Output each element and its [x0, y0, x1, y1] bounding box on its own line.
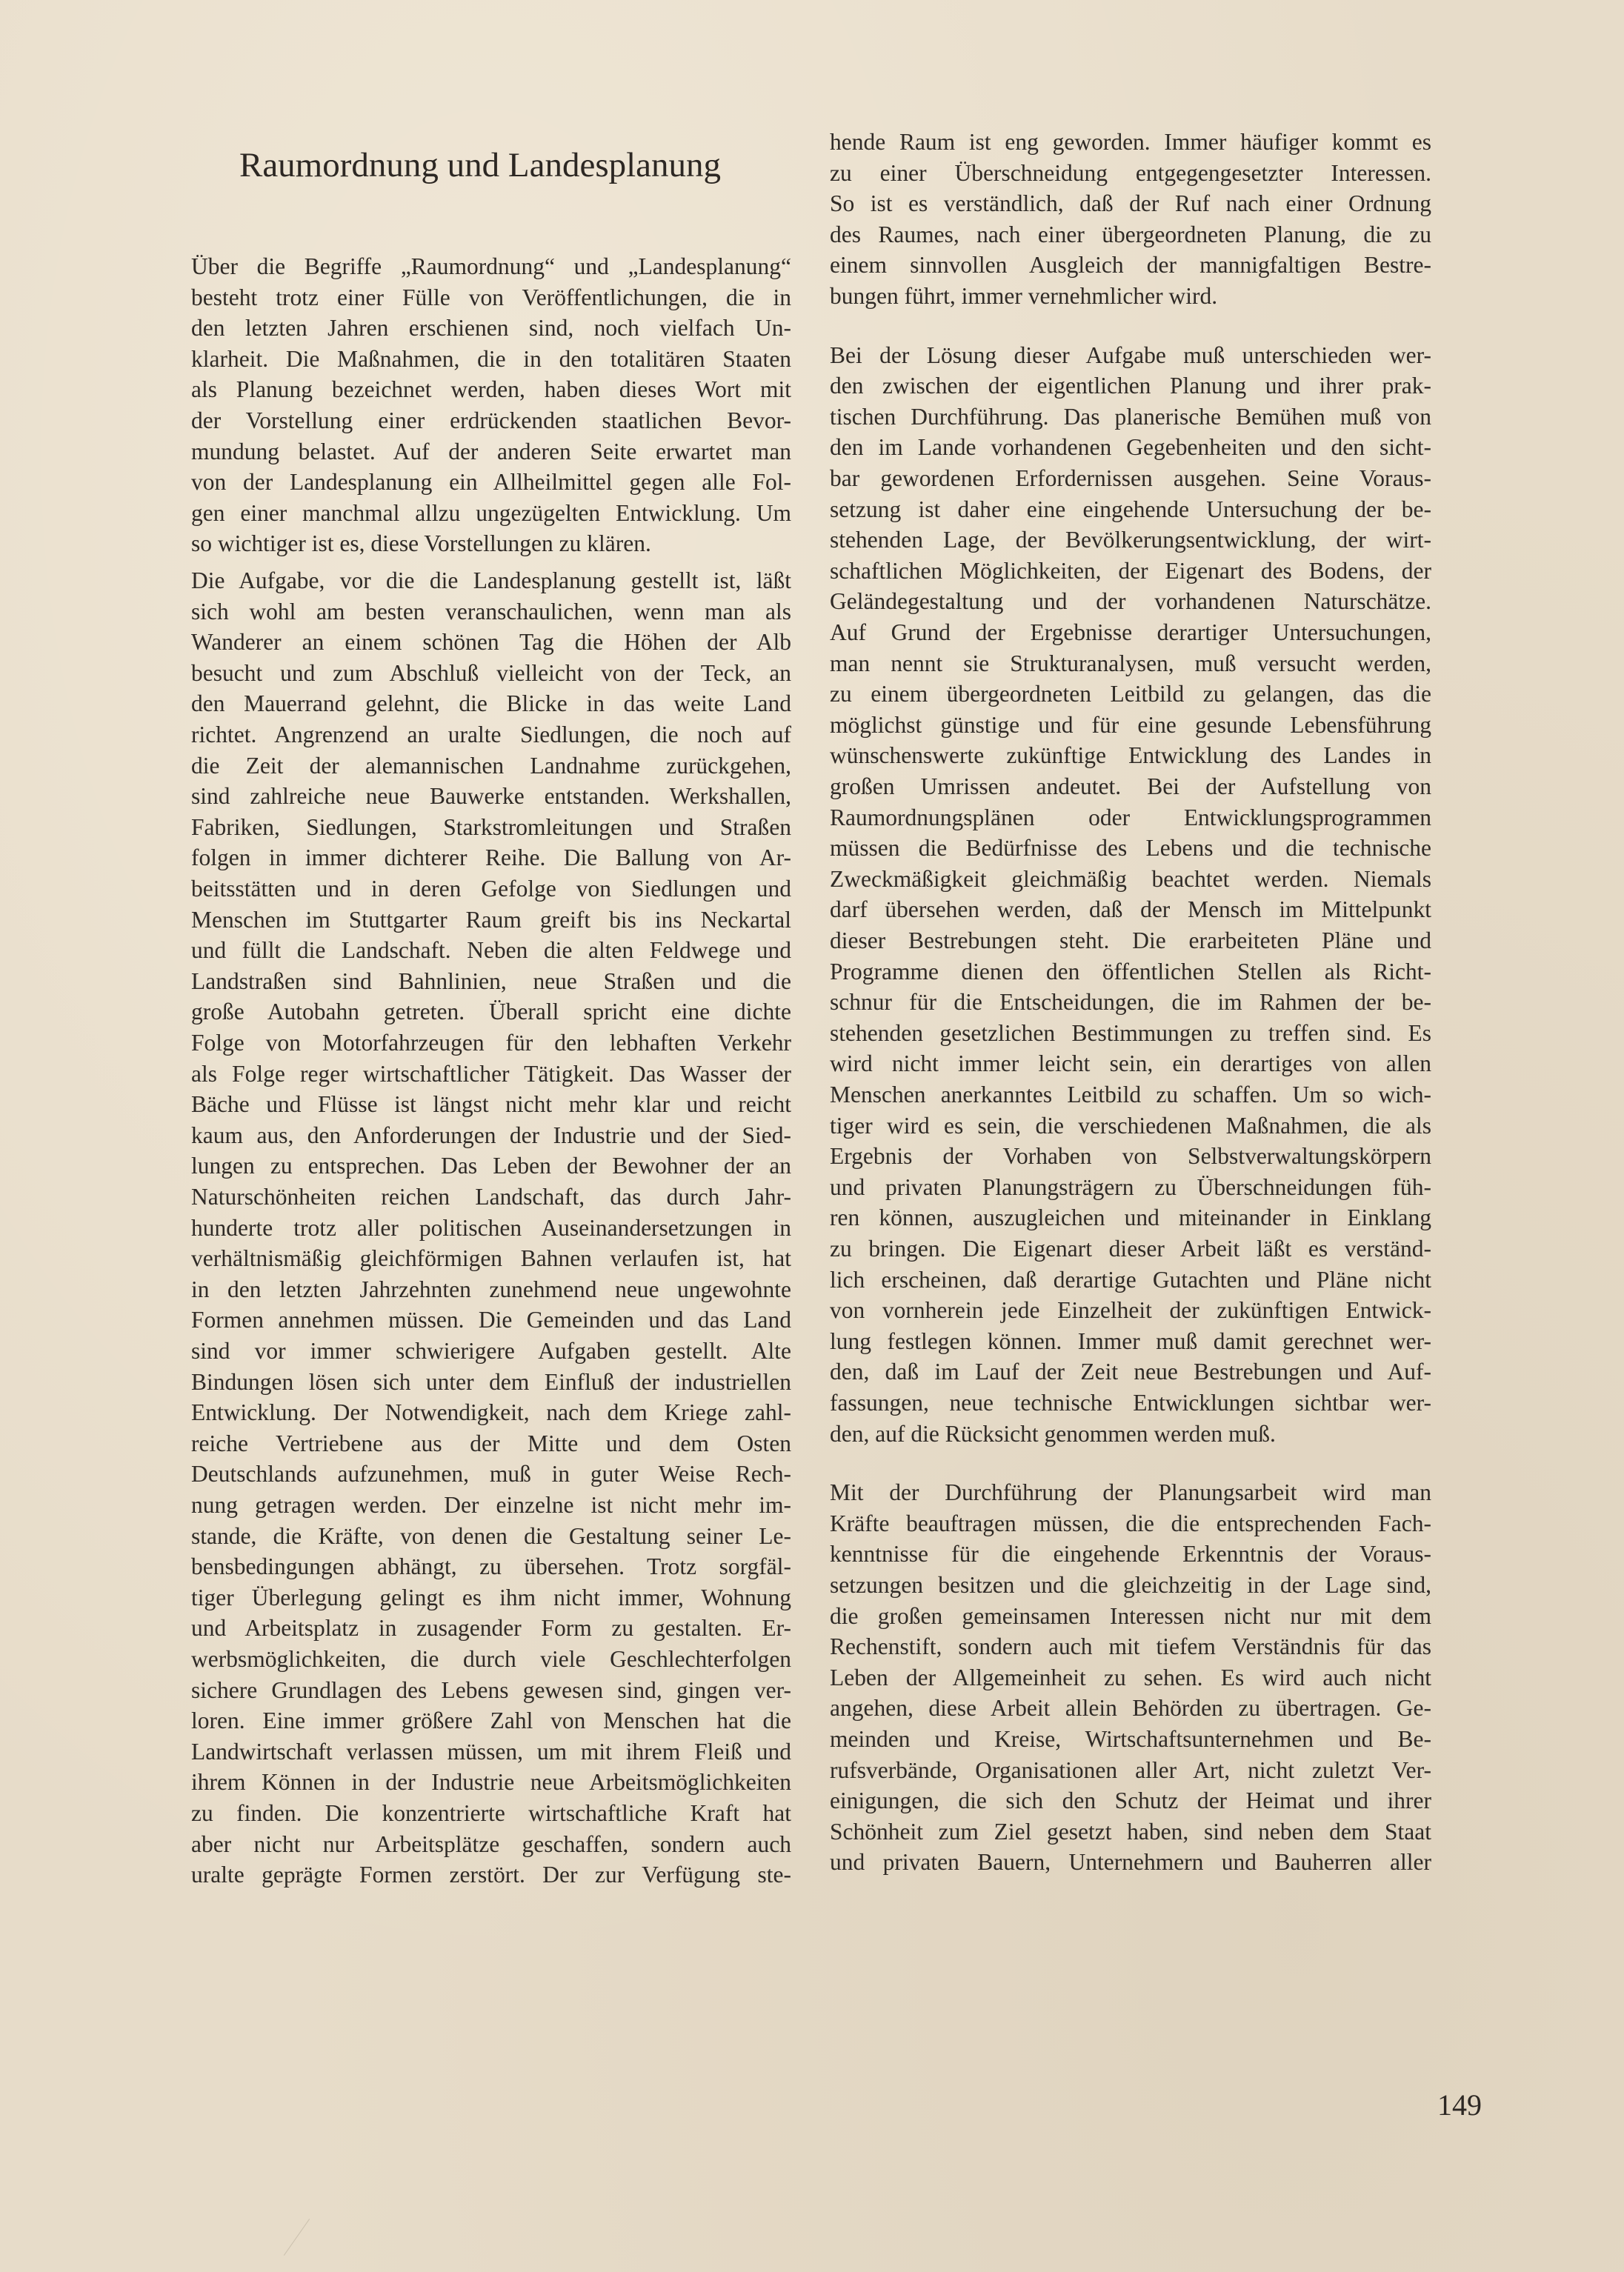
text-line: reiche Vertriebene aus der Mitte und dem…	[191, 1429, 791, 1459]
text-line: Wanderer an einem schönen Tag die Höhen …	[191, 627, 791, 657]
text-line: gen einer manchmal allzu ungezügelten En…	[191, 499, 791, 528]
text-line: den Mauerrand gelehnt, die Blicke in das…	[191, 689, 791, 719]
text-line: besteht trotz einer Fülle von Veröffentl…	[191, 283, 791, 313]
text-line: zu einer Überschneidung entgegengesetzte…	[830, 159, 1431, 188]
text-line: kenntnisse für die eingehende Erkenntnis…	[830, 1539, 1431, 1569]
text-line: den zwischen der eigentlichen Planung un…	[830, 371, 1431, 401]
text-line: dieser Bestrebungen steht. Die erarbeite…	[830, 926, 1431, 956]
text-line: sich wohl am besten veranschaulichen, we…	[191, 597, 791, 627]
text-line: setzungen besitzen und die gleichzeitig …	[830, 1570, 1431, 1600]
text-line: bar gewordenen Erfordernissen ausgehen. …	[830, 464, 1431, 493]
text-line: schaftlichen Möglichkeiten, der Eigenart…	[830, 556, 1431, 586]
text-line: Rechenstift, sondern auch mit tiefem Ver…	[830, 1632, 1431, 1662]
text-line: Menschen im Stuttgarter Raum greift bis …	[191, 905, 791, 935]
text-line: mundung belastet. Auf der anderen Seite …	[191, 437, 791, 467]
text-line: sind zahlreiche neue Bauwerke entstanden…	[191, 782, 791, 811]
text-line: verhältnismäßig gleichförmigen Bahnen ve…	[191, 1244, 791, 1273]
text-line: nung getragen werden. Der einzelne ist n…	[191, 1490, 791, 1520]
text-line: so wichtiger ist es, diese Vorstellungen…	[191, 529, 791, 559]
text-line: Geländegestaltung und der vorhandenen Na…	[830, 587, 1431, 616]
text-line: Kräfte beauftragen müssen, die die entsp…	[830, 1509, 1431, 1539]
text-line: Fabriken, Siedlungen, Starkstromleitunge…	[191, 813, 791, 842]
text-line: müssen die Bedürfnisse des Lebens und di…	[830, 833, 1431, 863]
paper-crease	[284, 2219, 310, 2256]
text-line: Menschen anerkanntes Leitbild zu schaffe…	[830, 1080, 1431, 1110]
text-line: Raumordnungsplänen oder Entwicklungsprog…	[830, 803, 1431, 833]
text-line: von der Landesplanung ein Allheilmittel …	[191, 467, 791, 497]
text-line: tiger Überlegung gelingt es ihm nicht im…	[191, 1583, 791, 1613]
text-line: hende Raum ist eng geworden. Immer häufi…	[830, 127, 1431, 157]
text-line: den im Lande vorhandenen Gegebenheiten u…	[830, 433, 1431, 462]
text-line: lungen zu entsprechen. Das Leben der Bew…	[191, 1151, 791, 1181]
text-line: zu einem übergeordneten Leitbild zu gela…	[830, 679, 1431, 709]
text-line: Zweckmäßigkeit gleichmäßig beachtet werd…	[830, 865, 1431, 894]
text-line: uralte geprägte Formen zerstört. Der zur…	[191, 1860, 791, 1890]
text-line: tischen Durchführung. Das planerische Be…	[830, 402, 1431, 432]
text-line: Landwirtschaft verlassen müssen, um mit …	[191, 1737, 791, 1767]
text-line: bungen führt, immer vernehmlicher wird.	[830, 281, 1431, 311]
text-line: besucht und zum Abschluß vielleicht von …	[191, 659, 791, 688]
text-line: beitsstätten und in deren Gefolge von Si…	[191, 874, 791, 904]
text-line: schnur für die Entscheidungen, die im Ra…	[830, 987, 1431, 1017]
text-line: So ist es verständlich, daß der Ruf nach…	[830, 189, 1431, 219]
text-line: und privaten Bauern, Unternehmern und Ba…	[830, 1848, 1431, 1877]
text-line: folgen in immer dichterer Reihe. Die Bal…	[191, 843, 791, 873]
text-line: lich erscheinen, daß derartige Gutachten…	[830, 1265, 1431, 1295]
text-line: hunderte trotz aller politischen Auseina…	[191, 1213, 791, 1243]
text-line: kaum aus, den Anforderungen der Industri…	[191, 1121, 791, 1150]
text-line: in den letzten Jahrzehnten zunehmend neu…	[191, 1275, 791, 1305]
text-line: die großen gemeinsamen Interessen nicht …	[830, 1602, 1431, 1631]
text-line: zu finden. Die konzentrierte wirtschaftl…	[191, 1799, 791, 1828]
text-line: den letzten Jahren erschienen sind, noch…	[191, 313, 791, 343]
text-line: und Arbeitsplatz in zusagender Form zu g…	[191, 1613, 791, 1643]
text-line: Folge von Motorfahrzeugen für den lebhaf…	[191, 1028, 791, 1058]
text-line: und privaten Planungsträgern zu Überschn…	[830, 1173, 1431, 1202]
text-line: möglichst günstige und für eine gesunde …	[830, 710, 1431, 740]
book-page: Raumordnung und Landesplanung Über die B…	[0, 0, 1624, 2272]
text-line: großen Umrissen andeutet. Bei der Aufste…	[830, 772, 1431, 802]
text-line: tiger wird es sein, die verschiedenen Ma…	[830, 1111, 1431, 1141]
text-line: Mit der Durchführung der Planungsarbeit …	[830, 1478, 1431, 1508]
text-line: Auf Grund der Ergebnisse derartiger Unte…	[830, 618, 1431, 647]
text-line: des Raumes, nach einer übergeordneten Pl…	[830, 220, 1431, 250]
text-line: Deutschlands aufzunehmen, muß in guter W…	[191, 1459, 791, 1489]
text-line: angehen, diese Arbeit allein Behörden zu…	[830, 1693, 1431, 1723]
text-line: Bindungen lösen sich unter dem Einfluß d…	[191, 1367, 791, 1397]
page-number: 149	[1408, 2088, 1482, 2122]
text-line: sichere Grundlagen des Lebens gewesen si…	[191, 1676, 791, 1705]
text-line: ren können, auszugleichen und miteinande…	[830, 1203, 1431, 1233]
text-line: wünschenswerte zukünftige Entwicklung de…	[830, 741, 1431, 770]
text-line: Über die Begriffe „Raumordnung“ und „Lan…	[191, 252, 791, 281]
text-line: die Zeit der alemannischen Landnahme zur…	[191, 751, 791, 781]
text-line: als Planung bezeichnet werden, haben die…	[191, 375, 791, 404]
text-line: man nennt sie Strukturanalysen, muß vers…	[830, 649, 1431, 679]
text-line: richtet. Angrenzend an uralte Siedlungen…	[191, 720, 791, 750]
text-line: Schönheit zum Ziel gesetzt haben, sind n…	[830, 1817, 1431, 1847]
text-line: einigungen, die sich den Schutz der Heim…	[830, 1786, 1431, 1816]
text-line: Naturschönheiten reichen Landschaft, das…	[191, 1182, 791, 1212]
text-line: bensbedingungen abhängt, zu übersehen. T…	[191, 1552, 791, 1582]
text-line: aber nicht nur Arbeitsplätze geschaffen,…	[191, 1830, 791, 1859]
text-line: meinden und Kreise, Wirtschaftsunternehm…	[830, 1725, 1431, 1754]
text-line: rufsverbände, Organisationen aller Art, …	[830, 1756, 1431, 1785]
text-line: der Vorstellung einer erdrückenden staat…	[191, 406, 791, 436]
text-line: als Folge reger wirtschaftlicher Tätigke…	[191, 1059, 791, 1089]
text-line: und füllt die Landschaft. Neben die alte…	[191, 936, 791, 965]
text-line: sind vor immer schwierigere Aufgaben ges…	[191, 1336, 791, 1366]
text-line: darf übersehen werden, daß der Mensch im…	[830, 895, 1431, 925]
text-line: den, auf die Rücksicht genommen werden m…	[830, 1419, 1431, 1449]
text-line: Bei der Lösung dieser Aufgabe muß unters…	[830, 341, 1431, 370]
text-line: ihrem Können in der Industrie neue Arbei…	[191, 1768, 791, 1797]
text-line: von vornherein jede Einzelheit der zukün…	[830, 1296, 1431, 1325]
text-line: den, daß im Lauf der Zeit neue Bestrebun…	[830, 1357, 1431, 1387]
text-line: einem sinnvollen Ausgleich der mannigfal…	[830, 250, 1431, 280]
text-line: Bäche und Flüsse ist längst nicht mehr k…	[191, 1090, 791, 1119]
text-line: stande, die Kräfte, von denen die Gestal…	[191, 1522, 791, 1551]
text-line: Ergebnis der Vorhaben von Selbstverwaltu…	[830, 1142, 1431, 1171]
text-line: loren. Eine immer größere Zahl von Mensc…	[191, 1706, 791, 1736]
text-line: klarheit. Die Maßnahmen, die in den tota…	[191, 344, 791, 374]
text-line: Programme dienen den öffentlichen Stelle…	[830, 957, 1431, 987]
text-line: zu bringen. Die Eigenart dieser Arbeit l…	[830, 1234, 1431, 1264]
article-title: Raumordnung und Landesplanung	[191, 145, 769, 185]
text-line: fassungen, neue technische Entwicklungen…	[830, 1388, 1431, 1418]
text-line: Formen annehmen müssen. Die Gemeinden un…	[191, 1305, 791, 1335]
text-line: stehenden Lage, der Bevölkerungsentwickl…	[830, 525, 1431, 555]
text-line: Leben der Allgemeinheit zu sehen. Es wir…	[830, 1663, 1431, 1693]
text-line: stehenden gesetzlichen Bestimmungen zu t…	[830, 1019, 1431, 1048]
text-line: lung festlegen können. Immer muß damit g…	[830, 1327, 1431, 1356]
text-line: setzung ist daher eine eingehende Unters…	[830, 495, 1431, 524]
text-line: Die Aufgabe, vor die die Landesplanung g…	[191, 566, 791, 596]
text-line: werbsmöglichkeiten, die durch viele Gesc…	[191, 1645, 791, 1674]
text-line: wird nicht immer leicht sein, ein derart…	[830, 1049, 1431, 1079]
text-line: große Autobahn getreten. Überall spricht…	[191, 997, 791, 1027]
text-line: Entwicklung. Der Notwendigkeit, nach dem…	[191, 1398, 791, 1428]
text-line: Landstraßen sind Bahnlinien, neue Straße…	[191, 967, 791, 996]
